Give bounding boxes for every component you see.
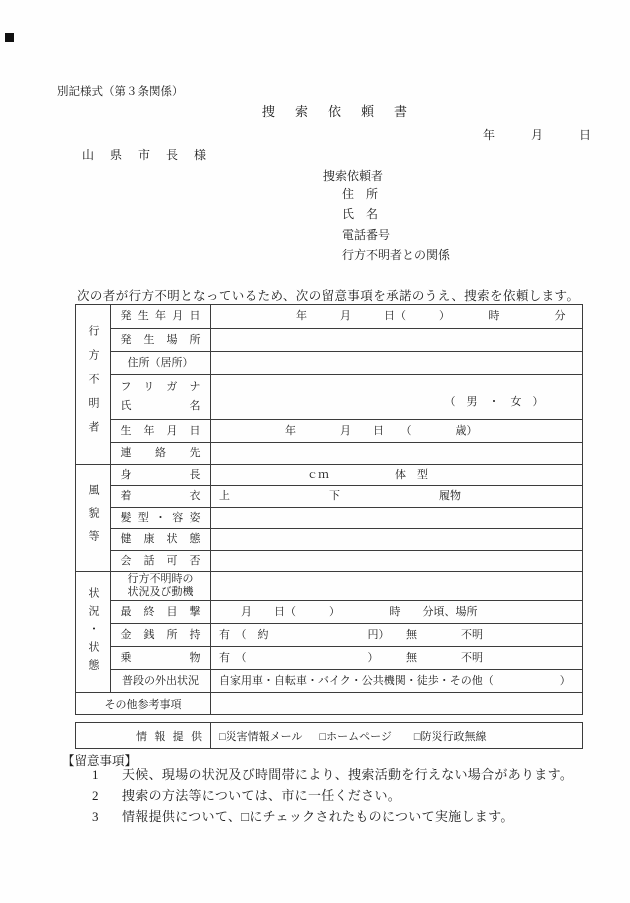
addressee-line: 山 県 市 長 様	[82, 146, 208, 163]
table-row: 普段の外出状況自家用車・自転車・バイク・公共機関・徒歩・その他（ ）	[111, 669, 582, 692]
row-label-cell: 乗物	[111, 647, 211, 669]
row-label: 行方不明時の	[111, 573, 210, 586]
row-label: 健康状態	[121, 533, 201, 546]
group-label: 状況・状態	[76, 572, 111, 692]
group-label: 風貌等	[76, 465, 111, 571]
note-text: 捜索の方法等については、市に一任ください。	[122, 788, 401, 803]
group-label: 行方不明者	[76, 305, 111, 464]
info-provision-label-cell: 情報提供	[76, 723, 211, 748]
row-label: 住所（居所）	[111, 357, 210, 370]
table-row: 髪型・容姿	[111, 507, 582, 528]
row-label: 発生場所	[121, 334, 201, 347]
table-row: 発生場所	[111, 328, 582, 351]
row-value: 月 日（ ） 時 分頃、場所	[219, 606, 582, 619]
requester-field-label: 住 所	[342, 184, 450, 204]
row-value-cell	[211, 529, 582, 550]
row-label-cell: 住所（居所）	[111, 352, 211, 374]
requester-heading: 捜索依頼者	[323, 167, 383, 184]
row-value-cell	[211, 352, 582, 374]
row-label: 髪型・容姿	[121, 512, 201, 525]
row-label-cell: 生年月日	[111, 420, 211, 442]
note-number: 1	[92, 768, 122, 782]
row-value: ｃｍ 体 型	[219, 469, 582, 482]
row-label-cell: 最終目撃	[111, 601, 211, 623]
row-label: フリガナ	[121, 381, 201, 394]
table-row: 行方不明時の状況及び動機	[111, 572, 582, 600]
row-value-cell	[211, 551, 582, 571]
notes-list: 1天候、現場の状況及び時間帯により、捜索活動を行えない場合があります。2捜索の方…	[92, 768, 573, 830]
table-row: 連絡先	[111, 442, 582, 464]
form-reference: 別記様式（第３条関係）	[57, 83, 184, 99]
row-value	[211, 693, 582, 714]
info-provision-table: 情報提供 □災害情報メール□ホームページ□防災行政無線	[75, 722, 583, 749]
row-label: 身長	[121, 469, 201, 482]
table-group: 風貌等身長 ｃｍ 体 型着衣上 下 履物髪型・容姿健康状態会話可否	[76, 465, 582, 572]
row-label-cell: 普段の外出状況	[111, 670, 211, 692]
table-row: 身長 ｃｍ 体 型	[111, 465, 582, 485]
info-provision-label: 情報提供	[136, 728, 202, 744]
note-text: 情報提供について、□にチェックされたものについて実施します。	[122, 809, 514, 824]
row-value-cell: 月 日（ ） 時 分頃、場所	[211, 601, 582, 623]
row-label: 金銭所持	[121, 629, 201, 642]
row-label-cell: 着衣	[111, 486, 211, 507]
checkbox-option: □災害情報メール	[219, 728, 302, 744]
requester-fields: 住 所氏 名電話番号行方不明者との関係	[342, 184, 450, 265]
note-number: 2	[92, 789, 122, 803]
requester-field-label: 氏 名	[342, 204, 450, 224]
row-label-cell: 発生場所	[111, 329, 211, 351]
row-label-cell: 発生年月日	[111, 305, 211, 328]
row-label: その他参考事項	[76, 693, 211, 714]
row-value-cell: 有 （ 約 円） 無 不明	[211, 624, 582, 646]
table-row: その他参考事項	[76, 693, 582, 714]
row-label-cell: 連絡先	[111, 443, 211, 464]
row-value-cell: （ 男 ・ 女 ）	[211, 375, 582, 419]
row-value: 有 （ 約 円） 無 不明	[219, 629, 582, 642]
row-value-cell: 有 （ ） 無 不明	[211, 647, 582, 669]
row-label: 状況及び動機	[111, 586, 210, 599]
row-label: 着衣	[121, 490, 201, 503]
search-request-form-document: 別記様式（第３条関係） 捜索依頼書 年 月 日 山 県 市 長 様 捜索依頼者 …	[0, 0, 630, 903]
row-value: 年 月 日 （ 歳）	[219, 425, 582, 438]
table-row: 最終目撃 月 日（ ） 時 分頃、場所	[111, 600, 582, 623]
table-row: 乗物有 （ ） 無 不明	[111, 646, 582, 669]
note-number: 3	[92, 810, 122, 824]
row-label: 最終目撃	[121, 606, 201, 619]
row-value-cell: 上 下 履物	[211, 486, 582, 507]
row-value-cell	[211, 572, 582, 600]
checkbox-option: □ホームページ	[319, 728, 391, 744]
row-value-cell	[211, 443, 582, 464]
date-line: 年 月 日	[483, 126, 591, 143]
table-group: 行方不明者発生年月日 年 月 日（ ） 時 分発生場所住所（居所）フリガナ氏名 …	[76, 305, 582, 465]
note-item: 2捜索の方法等については、市に一任ください。	[92, 789, 573, 810]
row-value: （ 男 ・ 女 ）	[219, 396, 582, 409]
row-label-cell: 髪型・容姿	[111, 508, 211, 528]
note-item: 3情報提供について、□にチェックされたものについて実施します。	[92, 810, 573, 831]
requester-field-label: 行方不明者との関係	[342, 245, 450, 265]
intro-sentence: 次の者が行方不明となっているため、次の留意事項を承諾のうえ、捜索を依頼します。	[77, 286, 579, 304]
row-value-cell: 年 月 日 （ 歳）	[211, 420, 582, 442]
missing-person-table: 行方不明者発生年月日 年 月 日（ ） 時 分発生場所住所（居所）フリガナ氏名 …	[75, 304, 583, 715]
row-label: 発生年月日	[121, 310, 201, 323]
row-label: 生年月日	[121, 425, 201, 438]
table-row: 住所（居所）	[111, 351, 582, 374]
row-value-cell: 年 月 日（ ） 時 分	[211, 305, 582, 328]
note-item: 1天候、現場の状況及び時間帯により、捜索活動を行えない場合があります。	[92, 768, 573, 789]
table-row: 会話可否	[111, 550, 582, 571]
row-value: 自家用車・自転車・バイク・公共機関・徒歩・その他（ ）	[219, 675, 582, 688]
row-label: 普段の外出状況	[111, 675, 210, 688]
row-value: 上 下 履物	[219, 490, 582, 503]
row-label-cell: 金銭所持	[111, 624, 211, 646]
row-label: 氏名	[121, 400, 201, 413]
row-value-cell	[211, 508, 582, 528]
table-row: 生年月日 年 月 日 （ 歳）	[111, 419, 582, 442]
row-label-cell: 行方不明時の状況及び動機	[111, 572, 211, 600]
row-label-cell: 身長	[111, 465, 211, 485]
table-row: 発生年月日 年 月 日（ ） 時 分	[111, 305, 582, 328]
row-value-cell	[211, 329, 582, 351]
row-value: 年 月 日（ ） 時 分	[219, 310, 582, 323]
row-label: 会話可否	[121, 555, 201, 568]
requester-field-label: 電話番号	[342, 225, 450, 245]
row-value: 有 （ ） 無 不明	[219, 652, 582, 665]
info-provision-options: □災害情報メール□ホームページ□防災行政無線	[211, 723, 582, 748]
row-label: 乗物	[121, 652, 201, 665]
checkbox-option: □防災行政無線	[414, 728, 487, 744]
note-text: 天候、現場の状況及び時間帯により、捜索活動を行えない場合があります。	[122, 767, 573, 782]
table-row: 金銭所持有 （ 約 円） 無 不明	[111, 623, 582, 646]
table-row: 健康状態	[111, 528, 582, 550]
row-label-cell: 健康状態	[111, 529, 211, 550]
row-label-cell: フリガナ氏名	[111, 375, 211, 419]
row-label: 連絡先	[121, 447, 201, 460]
table-row: 着衣上 下 履物	[111, 485, 582, 507]
row-value-cell: ｃｍ 体 型	[211, 465, 582, 485]
table-row: フリガナ氏名 （ 男 ・ 女 ）	[111, 374, 582, 419]
page-title: 捜索依頼書	[262, 101, 427, 120]
row-label-cell: 会話可否	[111, 551, 211, 571]
row-value-cell: 自家用車・自転車・バイク・公共機関・徒歩・その他（ ）	[211, 670, 582, 692]
table-group: 状況・状態行方不明時の状況及び動機最終目撃 月 日（ ） 時 分頃、場所金銭所持…	[76, 572, 582, 693]
scan-artifact	[5, 33, 14, 42]
